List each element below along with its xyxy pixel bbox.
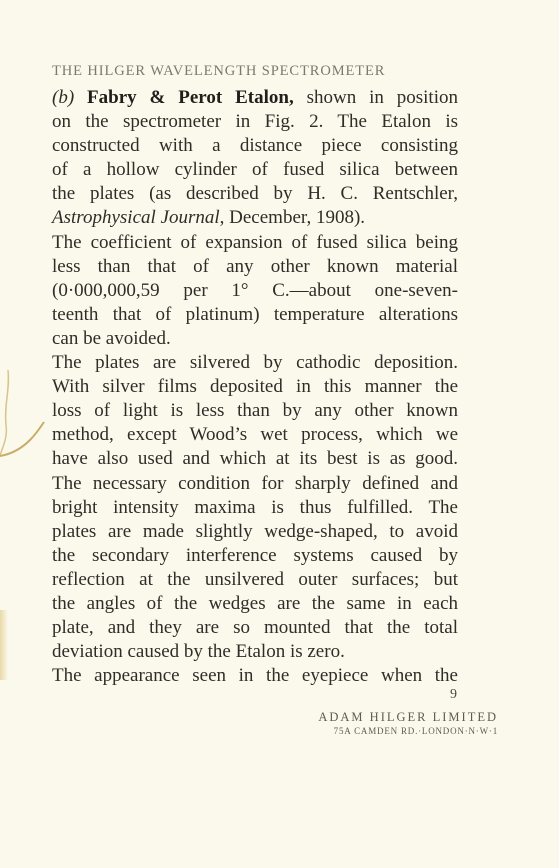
- text-line: (0·000,000,59 per 1° C.—about one-seven-: [52, 279, 458, 303]
- text-line: The plates are silvered by cathodic depo…: [52, 351, 458, 375]
- text-line: deviation caused by the Etalon is zero.: [52, 640, 458, 664]
- page-number: 9: [450, 687, 457, 703]
- item-marker: (b): [52, 87, 74, 108]
- text-line: plate, and they are so mounted that the …: [52, 616, 458, 640]
- text-line: loss of light is less than by any other …: [52, 399, 458, 423]
- text-line: reflection at the unsilvered outer surfa…: [52, 568, 458, 592]
- item-title: Fabry & Perot Etalon,: [87, 87, 294, 108]
- publisher-name: ADAM HILGER LIMITED: [300, 710, 498, 725]
- text-line: (b) Fabry & Perot Etalon, shown in posit…: [52, 86, 458, 110]
- text-span: shown in position: [294, 87, 458, 108]
- citation-rest: , December, 1908).: [220, 207, 365, 228]
- text-line: Astrophysical Journal, December, 1908).: [52, 206, 458, 230]
- text-line: bright intensity maxima is thus fulfille…: [52, 496, 458, 520]
- text-line: the angles of the wedges are the same in…: [52, 592, 458, 616]
- text-line: With silver films deposited in this mann…: [52, 375, 458, 399]
- publisher-imprint: ADAM HILGER LIMITED 75A CAMDEN RD.·LONDO…: [300, 710, 498, 736]
- paper-stain-mark: [0, 370, 50, 460]
- body-text: (b) Fabry & Perot Etalon, shown in posit…: [52, 86, 458, 688]
- text-line: The coefficient of expansion of fused si…: [52, 231, 458, 255]
- text-line: less than that of any other known materi…: [52, 255, 458, 279]
- text-line: teenth that of platinum) temperature alt…: [52, 303, 458, 327]
- text-line: can be avoided.: [52, 327, 458, 351]
- text-line: the secondary interference systems cause…: [52, 544, 458, 568]
- text-line: on the spectrometer in Fig. 2. The Etalo…: [52, 110, 458, 134]
- publisher-address: 75A CAMDEN RD.·LONDON·N·W·1: [300, 726, 498, 736]
- text-line: The appearance seen in the eyepiece when…: [52, 664, 458, 688]
- text-line: the plates (as described by H. C. Rentsc…: [52, 182, 458, 206]
- paper-edge-discoloration: [0, 610, 8, 680]
- text-line: constructed with a distance piece consis…: [52, 134, 458, 158]
- text-line: method, except Wood’s wet process, which…: [52, 423, 458, 447]
- running-head: THE HILGER WAVELENGTH SPECTROMETER: [52, 63, 458, 80]
- text-line: have also used and which at its best is …: [52, 447, 458, 471]
- text-line: The necessary condition for sharply defi…: [52, 472, 458, 496]
- citation-journal: Astrophysical Journal: [52, 207, 220, 228]
- text-line: plates are made slightly wedge-shaped, t…: [52, 520, 458, 544]
- text-line: of a hollow cylinder of fused silica bet…: [52, 158, 458, 182]
